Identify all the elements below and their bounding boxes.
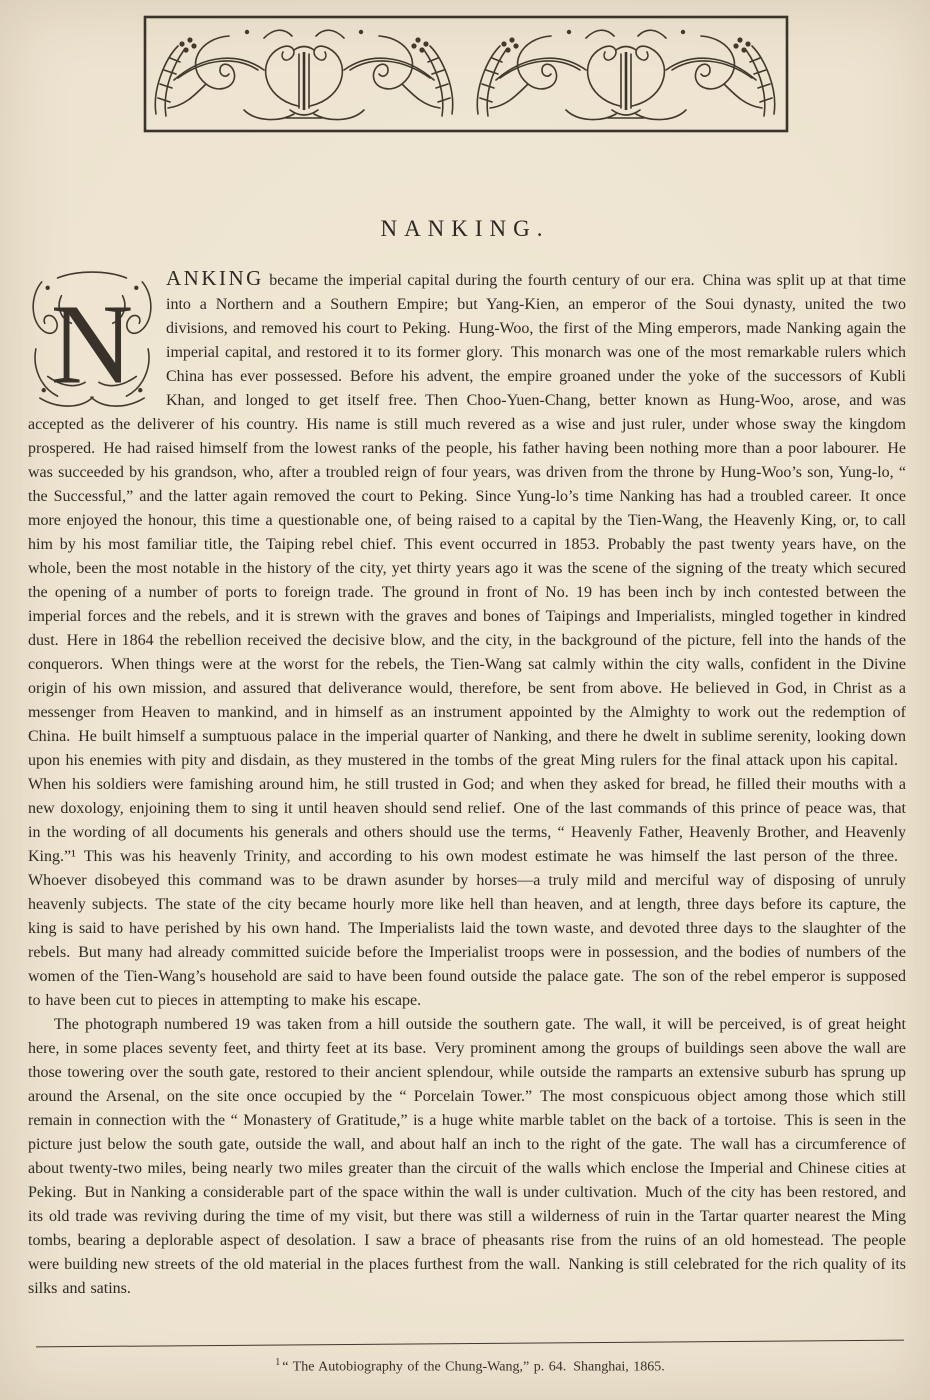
- drop-cap-ornament-icon: N: [28, 269, 156, 411]
- page-title: NANKING.: [0, 216, 930, 242]
- drop-cap: N: [28, 269, 156, 411]
- second-paragraph: The photograph numbered 19 was taken fro…: [28, 1013, 906, 1301]
- lead-word: ANKING: [166, 266, 264, 290]
- foliate-scroll-engraving-icon: [142, 14, 790, 134]
- footnote-area: 1“ The Autobiography of the Chung-Wang,”…: [36, 1343, 904, 1376]
- footnote-text: “ The Autobiography of the Chung-Wang,” …: [282, 1360, 665, 1375]
- footnote-marker: 1: [275, 1357, 280, 1368]
- drop-cap-letter: N: [51, 280, 133, 407]
- book-page: NANKING. N: [0, 0, 930, 1400]
- opening-paragraph-text: became the imperial capital during the f…: [28, 272, 906, 1009]
- article-body: N ANKING became the imperial capital dur…: [28, 266, 906, 1301]
- footnote-rule: [36, 1340, 904, 1348]
- opening-paragraph: N ANKING became the imperial capital dur…: [28, 266, 906, 1013]
- header-ornament: [142, 14, 790, 134]
- footnote: 1“ The Autobiography of the Chung-Wang,”…: [36, 1357, 904, 1376]
